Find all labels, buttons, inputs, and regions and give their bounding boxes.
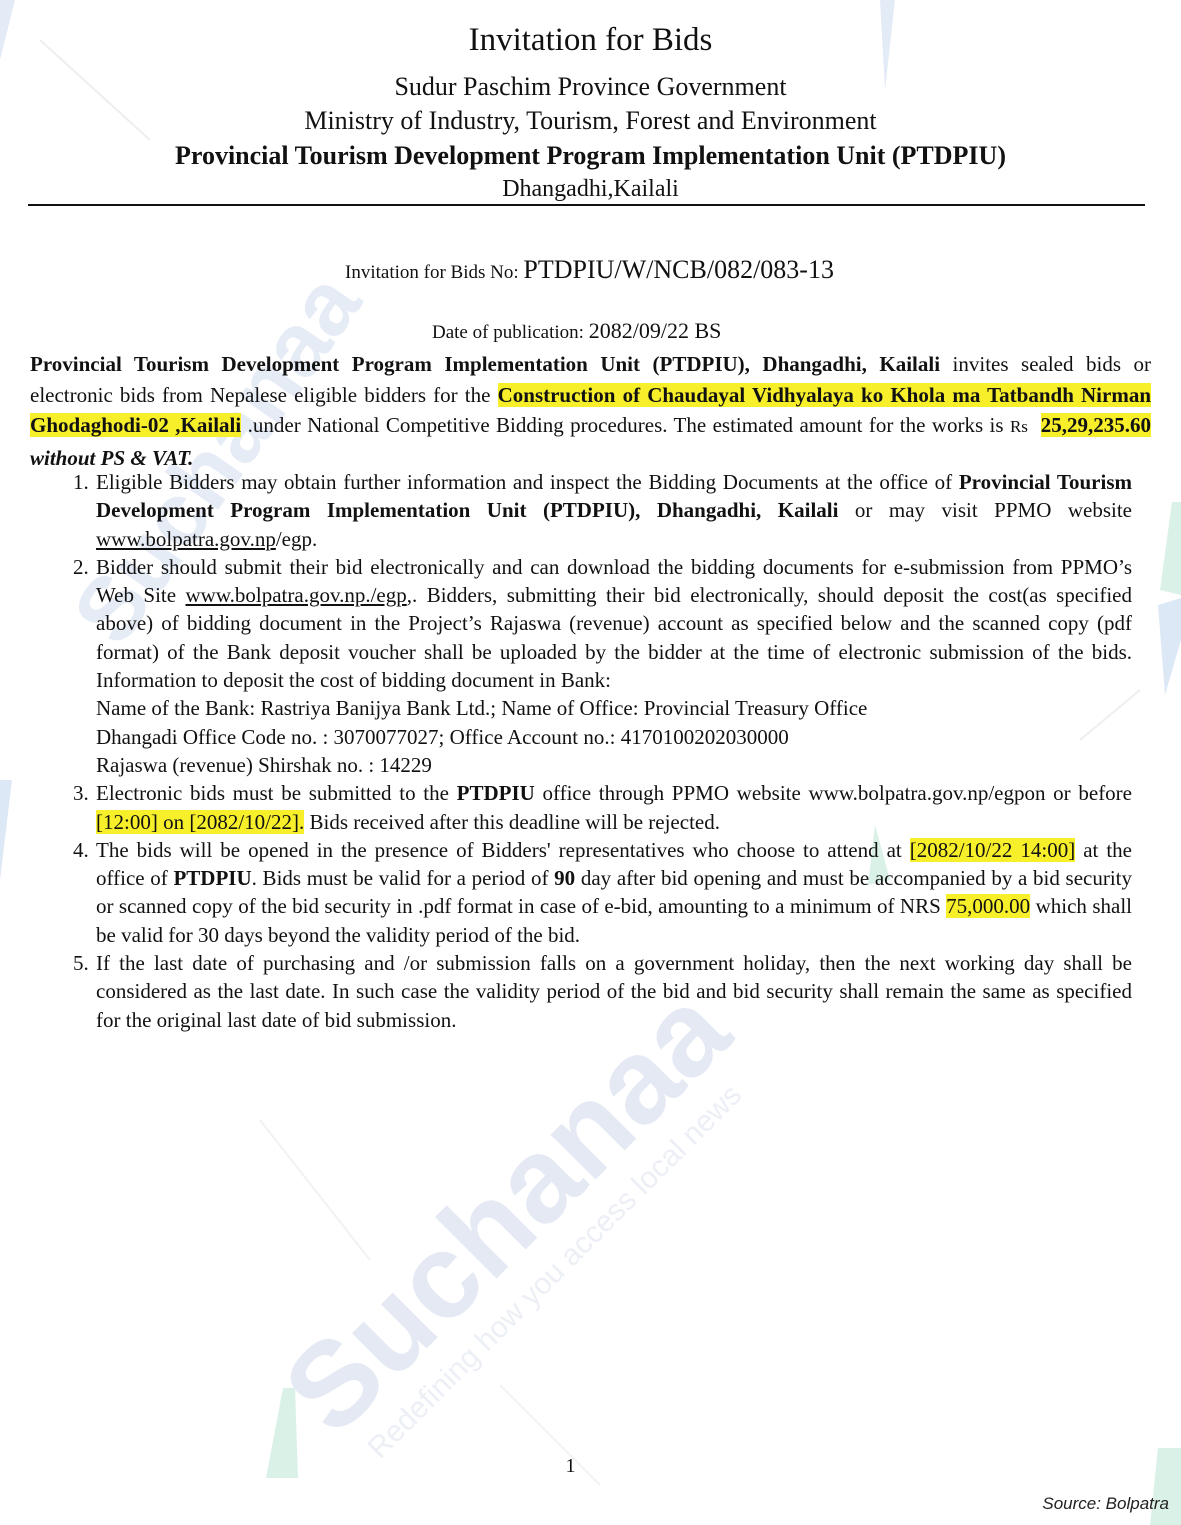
conditions-list: Eligible Bidders may obtain further info…: [40, 468, 1132, 1034]
document-page: Invitation for Bids Sudur Paschim Provin…: [0, 0, 1181, 1525]
intro-paragraph: Provincial Tourism Development Program I…: [30, 349, 1151, 473]
ministry-name: Ministry of Industry, Tourism, Forest an…: [0, 106, 1181, 136]
amount-suffix: without PS & VAT.: [30, 446, 193, 470]
bid-security-amount: 75,000.00: [946, 894, 1030, 918]
intro-org: Provincial Tourism Development Program I…: [30, 352, 940, 376]
bolpatra-link[interactable]: www.bolpatra.gov.np: [96, 527, 276, 551]
publication-label: Date of publication:: [432, 322, 589, 343]
bolpatra-egp-link[interactable]: www.bolpatra.gov.np./egp: [186, 583, 407, 607]
list-item: The bids will be opened in the presence …: [94, 836, 1132, 949]
document-title: Invitation for Bids: [0, 22, 1181, 59]
bank-name-line: Name of the Bank: Rastriya Banijya Bank …: [96, 694, 1132, 722]
list-item: If the last date of purchasing and /or s…: [94, 949, 1132, 1034]
government-name: Sudur Paschim Province Government: [0, 72, 1181, 102]
publication-date-line: Date of publication: 2082/09/22 BS: [432, 318, 721, 344]
list-item: Electronic bids must be submitted to the…: [94, 779, 1132, 836]
ifb-number: PTDPIU/W/NCB/082/083-13: [523, 255, 834, 284]
ifb-label: Invitation for Bids No:: [345, 262, 523, 283]
validity-days: 90: [554, 866, 575, 890]
shirshak-line: Rajaswa (revenue) Shirshak no. : 14229: [96, 751, 1132, 779]
ifb-number-line: Invitation for Bids No: PTDPIU/W/NCB/082…: [345, 255, 834, 285]
bid-opening-time: [2082/10/22 14:00]: [910, 838, 1075, 862]
publication-date: 2082/09/22 BS: [589, 318, 722, 343]
estimated-amount: 25,29,235.60: [1041, 413, 1151, 437]
list-item: Bidder should submit their bid electroni…: [94, 553, 1132, 779]
page-number: 1: [0, 1455, 1141, 1478]
list-item: Eligible Bidders may obtain further info…: [94, 468, 1132, 553]
source-credit: Source: Bolpatra: [1042, 1494, 1169, 1514]
unit-name: Provincial Tourism Development Program I…: [0, 141, 1181, 171]
office-code-line: Dhangadi Office Code no. : 3070077027; O…: [96, 723, 1132, 751]
header-divider: [28, 204, 1145, 206]
submission-deadline: [12:00] on [2082/10/22].: [96, 810, 304, 834]
location: Dhangadhi,Kailali: [0, 176, 1181, 203]
currency: Rs: [1010, 417, 1028, 436]
